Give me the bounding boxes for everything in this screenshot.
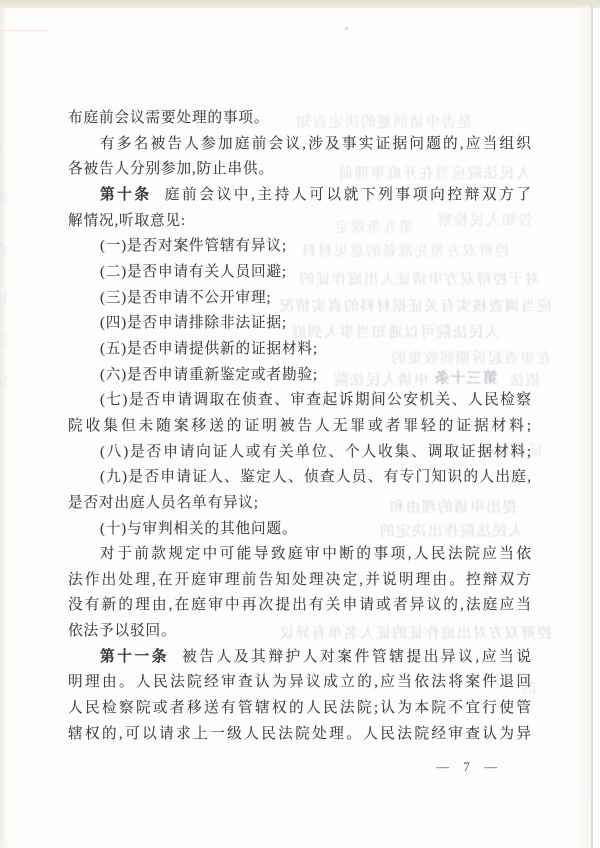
text-line: 第十一条被告人及其辩护人对案件管辖提出异议,应当说 xyxy=(68,645,531,671)
text-line-list-item: (六)是否申请重新鉴定或者勘验; xyxy=(68,363,531,389)
text-line-list-item: (二)是否申请有关人员回避; xyxy=(68,260,531,286)
bleed-through-edge-mark: 查 xyxy=(0,238,8,259)
text-line-list-item: (三)是否申请不公开审理; xyxy=(68,286,531,312)
text-line-list-item: (十)与审判相关的其他问题。 xyxy=(68,517,531,543)
text-line-list-item: (四)是否申请排除非法证据; xyxy=(68,311,531,337)
scan-edge-right-line xyxy=(591,6,593,848)
scan-edge-right-shade xyxy=(577,6,591,848)
text-line-list-item: (八)是否申请向证人或有关单位、个人收集、调取证据材料; xyxy=(68,440,531,466)
text-line: 明理由。人民法院经审查认为异议成立的,应当依法将案件退回 xyxy=(68,670,531,696)
article-text: 被告人及其辩护人对案件管辖提出异议,应当说 xyxy=(182,649,531,665)
page-number: — 7 — xyxy=(436,759,516,775)
bleed-through-edge-mark: 明 xyxy=(0,188,8,209)
text-line: 布庭前会议需要处理的事项。 xyxy=(68,106,531,132)
article-number-heading: 第十一条 xyxy=(100,649,169,665)
text-line-list-item: (一)是否对案件管辖有异议; xyxy=(68,234,531,260)
text-line: 解情况,听取意见: xyxy=(68,209,531,235)
text-line: 法作出处理,在开庭审理前告知处理决定,并说明理由。控辩双方 xyxy=(68,568,531,594)
bleed-through-edge-mark: 实 xyxy=(0,330,9,351)
text-line: 是否对出庭人员名单有异议; xyxy=(68,491,531,517)
bleed-through-edge-mark: 定 xyxy=(0,371,8,392)
text-line-list-item: (五)是否申请提供新的证据材料; xyxy=(68,337,531,363)
text-line: 对于前款规定中可能导致庭审中断的事项,人民法院应当依 xyxy=(68,542,531,568)
text-line: 人民检察院或者移送有管辖权的人民法院;认为本院不宜行使管 xyxy=(68,696,531,722)
text-line: 院收集但未随案移送的证明被告人无罪或者罪轻的证据材料; xyxy=(68,414,531,440)
article-number-heading: 第十条 xyxy=(100,187,152,203)
text-line: 各被告人分别参加,防止串供。 xyxy=(68,157,531,183)
text-line-list-item: (九)是否申请证人、鉴定人、侦查人员、有专门知识的人出庭, xyxy=(68,465,531,491)
article-text: 庭前会议中,主持人可以就下列事项向控辩双方了 xyxy=(165,187,531,203)
text-line: 有多名被告人参加庭前会议,涉及事实证据问题的,应当组织 xyxy=(68,132,531,158)
text-line: 依法予以驳回。 xyxy=(68,619,531,645)
text-line: 第十条庭前会议中,主持人可以就下列事项向控辩双方了 xyxy=(68,183,531,209)
text-line-list-item: (七)是否申请调取在侦查、审查起诉期间公安机关、人民检察 xyxy=(68,388,531,414)
scan-artifact-line xyxy=(0,30,48,31)
bleed-through-edge-mark: 人 xyxy=(0,141,8,162)
document-text: 布庭前会议需要处理的事项。 有多名被告人参加庭前会议,涉及事实证据问题的,应当组… xyxy=(68,0,531,747)
document-page: 是否申请回避的决定告知 人民法院应当在开庭审理前 告知人民检察 第九条规定 控辩… xyxy=(0,0,600,848)
text-line: 没有新的理由,在庭审中再次提出有关申请或者异议的,法庭应当 xyxy=(68,593,531,619)
text-line: 辖权的,可以请求上一级人民法院处理。人民法院经审查认为异 xyxy=(68,722,531,748)
bleed-through-edge-mark: 证 xyxy=(0,287,8,308)
